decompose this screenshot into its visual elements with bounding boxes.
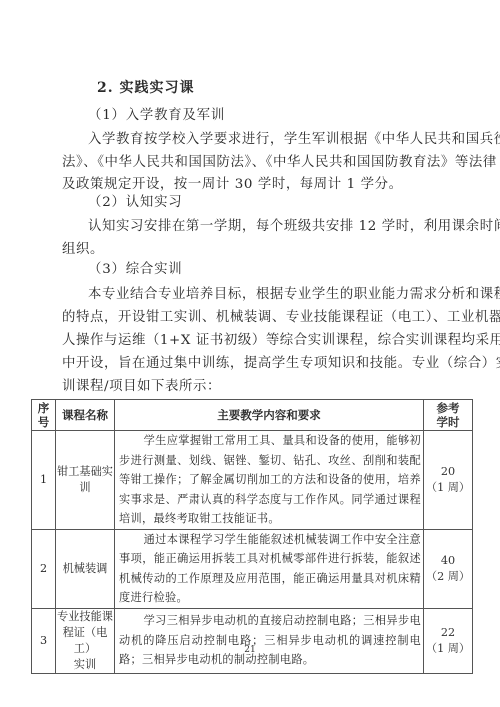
paragraph-line: 的特点，开设钳工实训、机械装调、专业技能课程证（电工）、工业机器 (62, 307, 474, 329)
subsection-title-2: （2）认知实习 (88, 191, 182, 210)
row-number: 1 (32, 431, 56, 530)
page-number: 21 (0, 645, 500, 655)
table-row: 1 钳工基础实 训 学生应掌握钳工常用工具、量具和设备的使用，能够初步进行测量、… (32, 431, 473, 530)
section-heading: 2. 实践实习课 (97, 77, 195, 97)
paragraph-line: 训课程/项目如下表所示： (62, 376, 474, 398)
paragraph-line: 认知实习安排在第一学期，每个班级共安排 12 学时，利用课余时间 (88, 216, 474, 238)
header-number: 序 号 (32, 400, 56, 431)
paragraph-line: 中开设，旨在通过集中训练，提高学生专项知识和技能。专业（综合）实 (62, 353, 474, 375)
paragraph-line: 本专业结合专业培养目标，根据专业学生的职业能力需求分析和课程 (88, 284, 474, 306)
row-content: 学生应掌握钳工常用工具、量具和设备的使用，能够初步进行测量、划线、锯锉、錾切、钻… (115, 431, 424, 530)
row-hours: 22 （1 周） (424, 608, 473, 673)
subsection-title-3: （3）综合实训 (88, 258, 182, 277)
row-course-name: 专业技能课 程证（电工） 实训 (56, 608, 115, 673)
training-courses-table: 序 号 课程名称 主要教学内容和要求 参考 学时 1 钳工基础实 训 学生应掌握… (31, 399, 473, 674)
row-number: 3 (32, 608, 56, 673)
paragraph-line: 法》、《中华人民共和国国防法》、《中华人民共和国国防教育法》等法律 (62, 152, 474, 174)
row-number: 2 (32, 529, 56, 608)
document-page: 2. 实践实习课 （1）入学教育及军训 入学教育按学校入学要求进行，学生军训根据… (0, 0, 500, 707)
row-content: 通过本课程学习学生能能叙述机械装调工作中安全注意事项，能正确运用拆装工具对机械零… (115, 529, 424, 608)
paragraph-line: 人操作与运维（1+X 证书初级）等综合实训课程，综合实训课程均采用集 (62, 330, 474, 352)
paragraph-line: 入学教育按学校入学要求进行，学生军训根据《中华人民共和国兵役 (88, 129, 474, 151)
row-course-name: 机械装调 (56, 529, 115, 608)
row-content: 学习三相异步电动机的直接启动控制电路；三相异步电动机的降压启动控制电路；三相异步… (115, 608, 424, 673)
subsection-title-1: （1）入学教育及军训 (88, 104, 225, 123)
table-row: 3 专业技能课 程证（电工） 实训 学习三相异步电动机的直接启动控制电路；三相异… (32, 608, 473, 673)
header-course-name: 课程名称 (56, 400, 115, 431)
header-content: 主要教学内容和要求 (115, 400, 424, 431)
table-row: 2 机械装调 通过本课程学习学生能能叙述机械装调工作中安全注意事项，能正确运用拆… (32, 529, 473, 608)
row-hours: 20 （1 周） (424, 431, 473, 530)
header-hours: 参考 学时 (424, 400, 473, 431)
row-course-name: 钳工基础实 训 (56, 431, 115, 530)
table-header-row: 序 号 课程名称 主要教学内容和要求 参考 学时 (32, 400, 473, 431)
row-hours: 40 （2 周） (424, 529, 473, 608)
